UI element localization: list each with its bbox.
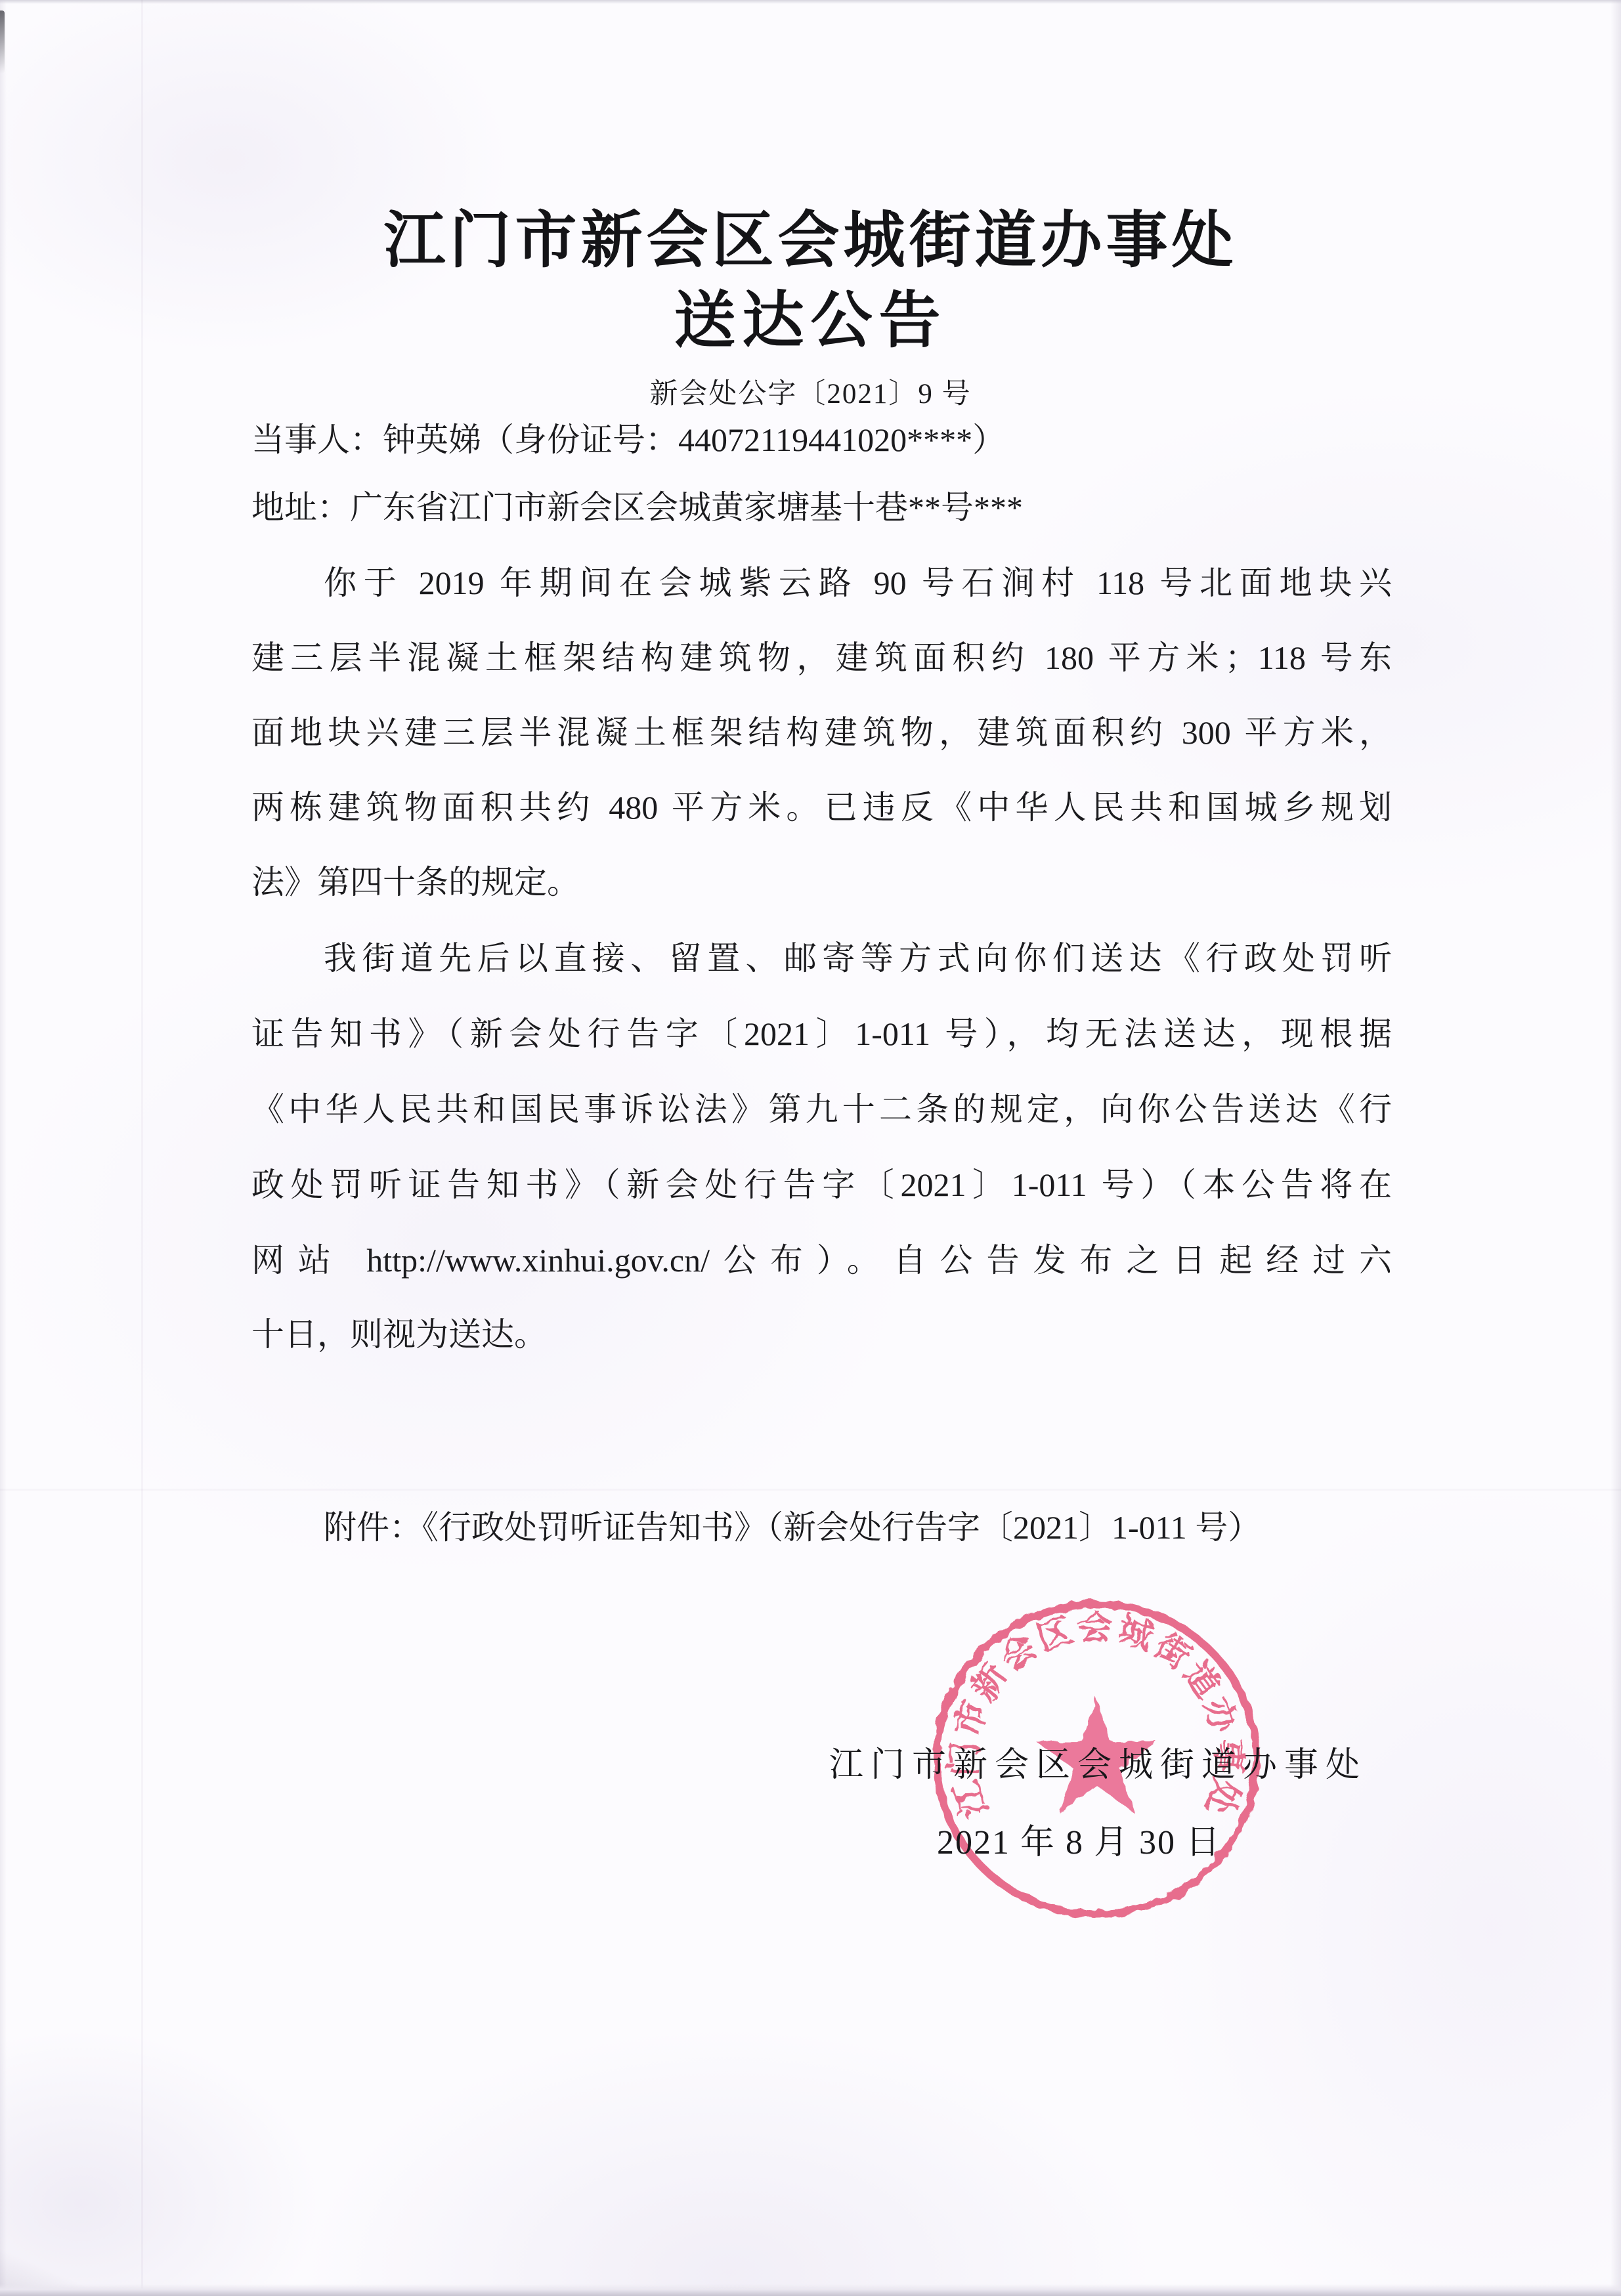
party-line: 当事人：钟英娣（身份证号：44072119441020****） <box>251 419 1392 461</box>
body-line: 网站 http://www.xinhui.gov.cn/公布）。自公告发布之日起… <box>251 1239 1392 1281</box>
scan-edge-top <box>0 0 1621 4</box>
body-line: 政处罚听证告知书》（新会处行告字〔2021〕1-011 号）（本公告将在 <box>251 1164 1392 1206</box>
signature-org: 江门市新会区会城街道办事处 <box>829 1737 1367 1786</box>
signature-date: 2021 年 8 月 30 日 <box>937 1814 1221 1863</box>
body-line: 你于 2019 年期间在会城紫云路 90 号石涧村 118 号北面地块兴 <box>251 562 1392 604</box>
paper-crease-horizontal <box>0 1489 1621 1491</box>
scanned-notice-page: 江门市新会区会城街道办事处 送达公告 新会处公字〔2021〕9 号 当事人：钟英… <box>0 0 1621 2296</box>
body-line: 法》第四十条的规定。 <box>251 861 1392 903</box>
body-line: 十日，则视为送达。 <box>251 1313 1392 1355</box>
body-line: 我街道先后以直接、留置、邮寄等方式向你们送达《行政处罚听 <box>251 937 1392 979</box>
body-line: 证告知书》（新会处行告字〔2021〕1-011 号），均无法送达，现根据 <box>251 1013 1392 1055</box>
body-line: 两栋建筑物面积共约 480 平方米。已违反《中华人民共和国城乡规划 <box>251 786 1392 828</box>
attachment-line: 附件：《行政处罚听证告知书》（新会处行告字〔2021〕1-011 号） <box>251 1506 1392 1548</box>
page-subtitle: 送达公告 <box>0 289 1621 354</box>
scan-edge-bottom <box>0 2284 1621 2296</box>
page-title: 江门市新会区会城街道办事处 <box>0 209 1621 274</box>
scan-corner-mark <box>0 11 5 74</box>
doc-number: 新会处公字〔2021〕9 号 <box>0 372 1621 412</box>
body-line: 建三层半混凝土框架结构建筑物，建筑面积约 180 平方米；118 号东 <box>251 637 1392 679</box>
body-line: 《中华人民共和国民事诉讼法》第九十二条的规定，向你公告送达《行 <box>251 1088 1392 1130</box>
body-line: 面地块兴建三层半混凝土框架结构建筑物，建筑面积约 300 平方米， <box>251 712 1392 754</box>
address-line: 地址：广东省江门市新会区会城黄家塘基十巷**号*** <box>251 486 1392 528</box>
